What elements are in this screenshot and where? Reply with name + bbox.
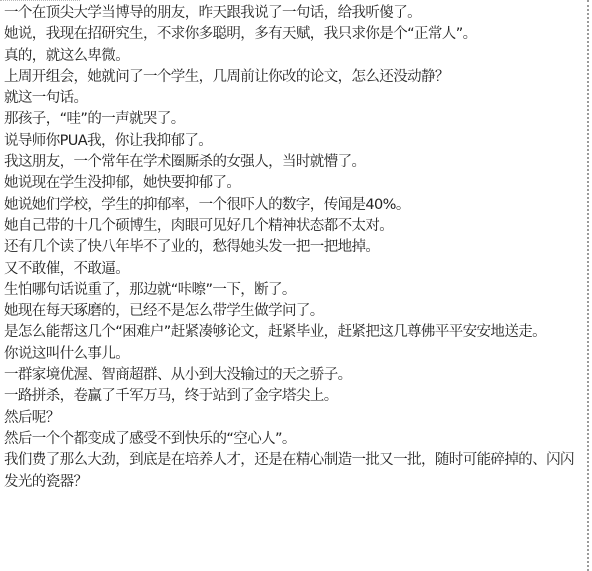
paragraph: 上周开组会，她就问了一个学生，几周前让你改的论文，怎么还没动静？ xyxy=(4,67,578,88)
top-dotted-divider xyxy=(0,0,80,1)
paragraph: 你说这叫什么事儿。 xyxy=(4,344,578,365)
paragraph: 她现在每天琢磨的，已经不是怎么带学生做学问了。 xyxy=(4,301,578,322)
paragraph: 然后呢？ xyxy=(4,408,578,429)
paragraph: 我这朋友，一个常年在学术圈厮杀的女强人，当时就懵了。 xyxy=(4,152,578,173)
article-body: 一个在顶尖大学当博导的朋友，昨天跟我说了一句话，给我听傻了。 她说，我现在招研究… xyxy=(4,3,578,493)
paragraph: 就这一句话。 xyxy=(4,88,578,109)
paragraph: 然后一个个都变成了感受不到快乐的“空心人”。 xyxy=(4,429,578,450)
paragraph: 还有几个读了快八年毕不了业的，愁得她头发一把一把地掉。 xyxy=(4,237,578,258)
paragraph: 生怕哪句话说重了，那边就“咔嚓”一下，断了。 xyxy=(4,280,578,301)
paragraph: 一个在顶尖大学当博导的朋友，昨天跟我说了一句话，给我听傻了。 xyxy=(4,3,578,24)
paragraph: 真的，就这么卑微。 xyxy=(4,46,578,67)
paragraph: 又不敢催，不敢逼。 xyxy=(4,259,578,280)
paragraph: 是怎么能帮这几个“困难户”赶紧凑够论文，赶紧毕业，赶紧把这几尊佛平平安安地送走。 xyxy=(4,322,578,343)
paragraph: 一路拼杀，卷赢了千军万马，终于站到了金字塔尖上。 xyxy=(4,386,578,407)
paragraph: 说导师你PUA我，你让我抑郁了。 xyxy=(4,131,578,152)
paragraph: 她说现在学生没抑郁，她快要抑郁了。 xyxy=(4,173,578,194)
paragraph: 她自己带的十几个硕博生，肉眼可见好几个精神状态都不太对。 xyxy=(4,216,578,237)
paragraph: 她说她们学校，学生的抑郁率，一个很吓人的数字，传闻是40%。 xyxy=(4,195,578,216)
paragraph: 一群家境优渥、智商超群、从小到大没输过的天之骄子。 xyxy=(4,365,578,386)
paragraph: 那孩子，“哇”的一声就哭了。 xyxy=(4,109,578,130)
right-dotted-border xyxy=(587,0,589,571)
paragraph: 她说，我现在招研究生，不求你多聪明，多有天赋，我只求你是个“正常人”。 xyxy=(4,24,578,45)
paragraph: 我们费了那么大劲，到底是在培养人才，还是在精心制造一批又一批，随时可能碎掉的、闪… xyxy=(4,450,578,493)
